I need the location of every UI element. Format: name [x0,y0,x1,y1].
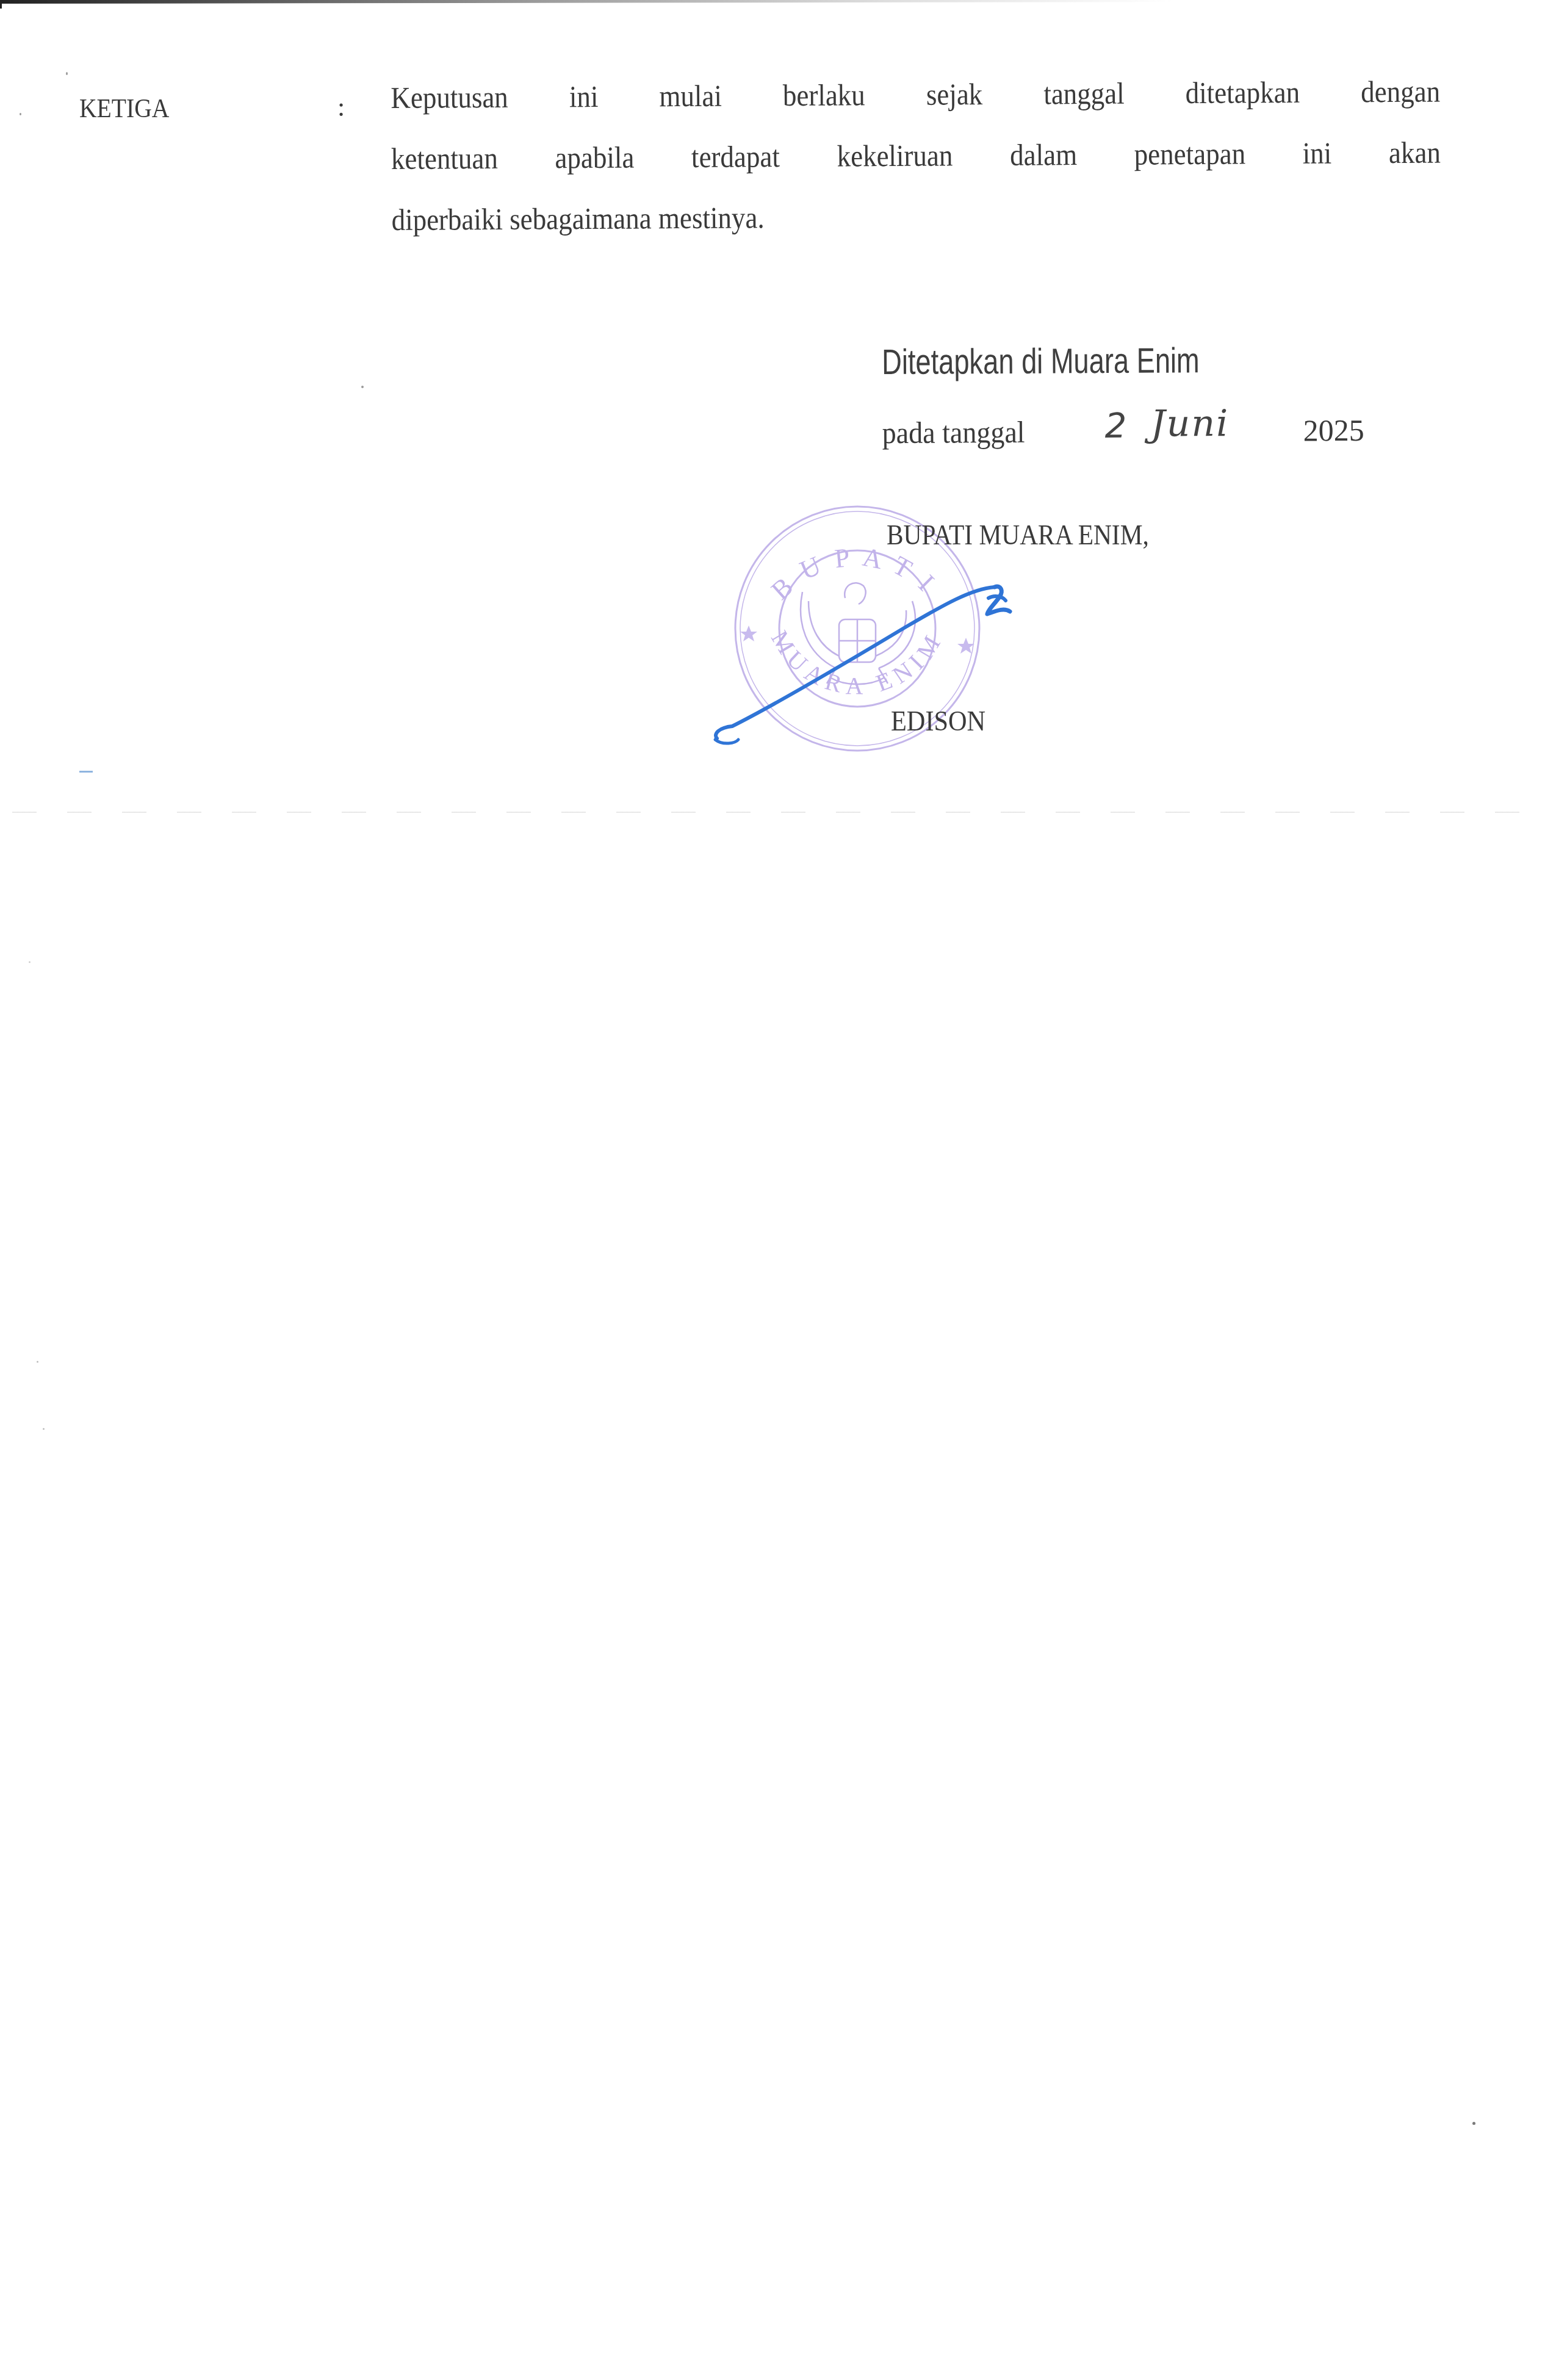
signature-block: Ditetapkan di Muara Enim pada tanggal 2 … [882,339,1431,342]
date-label: pada tanggal [882,414,1025,450]
scan-speck [37,1361,38,1363]
date-month-handwritten: Juni [1151,402,1230,445]
scan-edge-left [0,0,2,9]
date-day-handwritten: 2 [1105,406,1127,446]
signature-stroke-icon [702,574,1019,757]
scan-speck [361,386,364,388]
scan-mark [79,771,93,773]
scan-speck [29,961,31,963]
clause-line-2: ketentuan apabila terdapat kekeliruan da… [391,121,1441,189]
clause-line-1: Keputusan ini mulai berlaku sejak tangga… [391,60,1440,128]
clause-label: KETIGA [79,93,169,124]
clause-separator: : [337,92,345,123]
scan-speck [43,1428,45,1430]
faint-scan-line [12,812,1525,813]
place-of-issue: Ditetapkan di Muara Enim [882,340,1200,383]
scan-speck [1472,2122,1475,2125]
scan-edge-top [0,0,1172,4]
handwritten-signature [702,574,1019,757]
clause-line-3: diperbaiki sebagaimana mestinya. [391,182,1441,250]
clause-body: Keputusan ini mulai berlaku sejak tangga… [391,61,1429,250]
scan-speck [20,113,21,115]
official-title: BUPATI MUARA ENIM, [887,519,1149,551]
date-year: 2025 [1303,413,1364,449]
date-of-issue: pada tanggal 2 Juni 2025 [882,412,1432,450]
scan-speck [66,72,68,75]
